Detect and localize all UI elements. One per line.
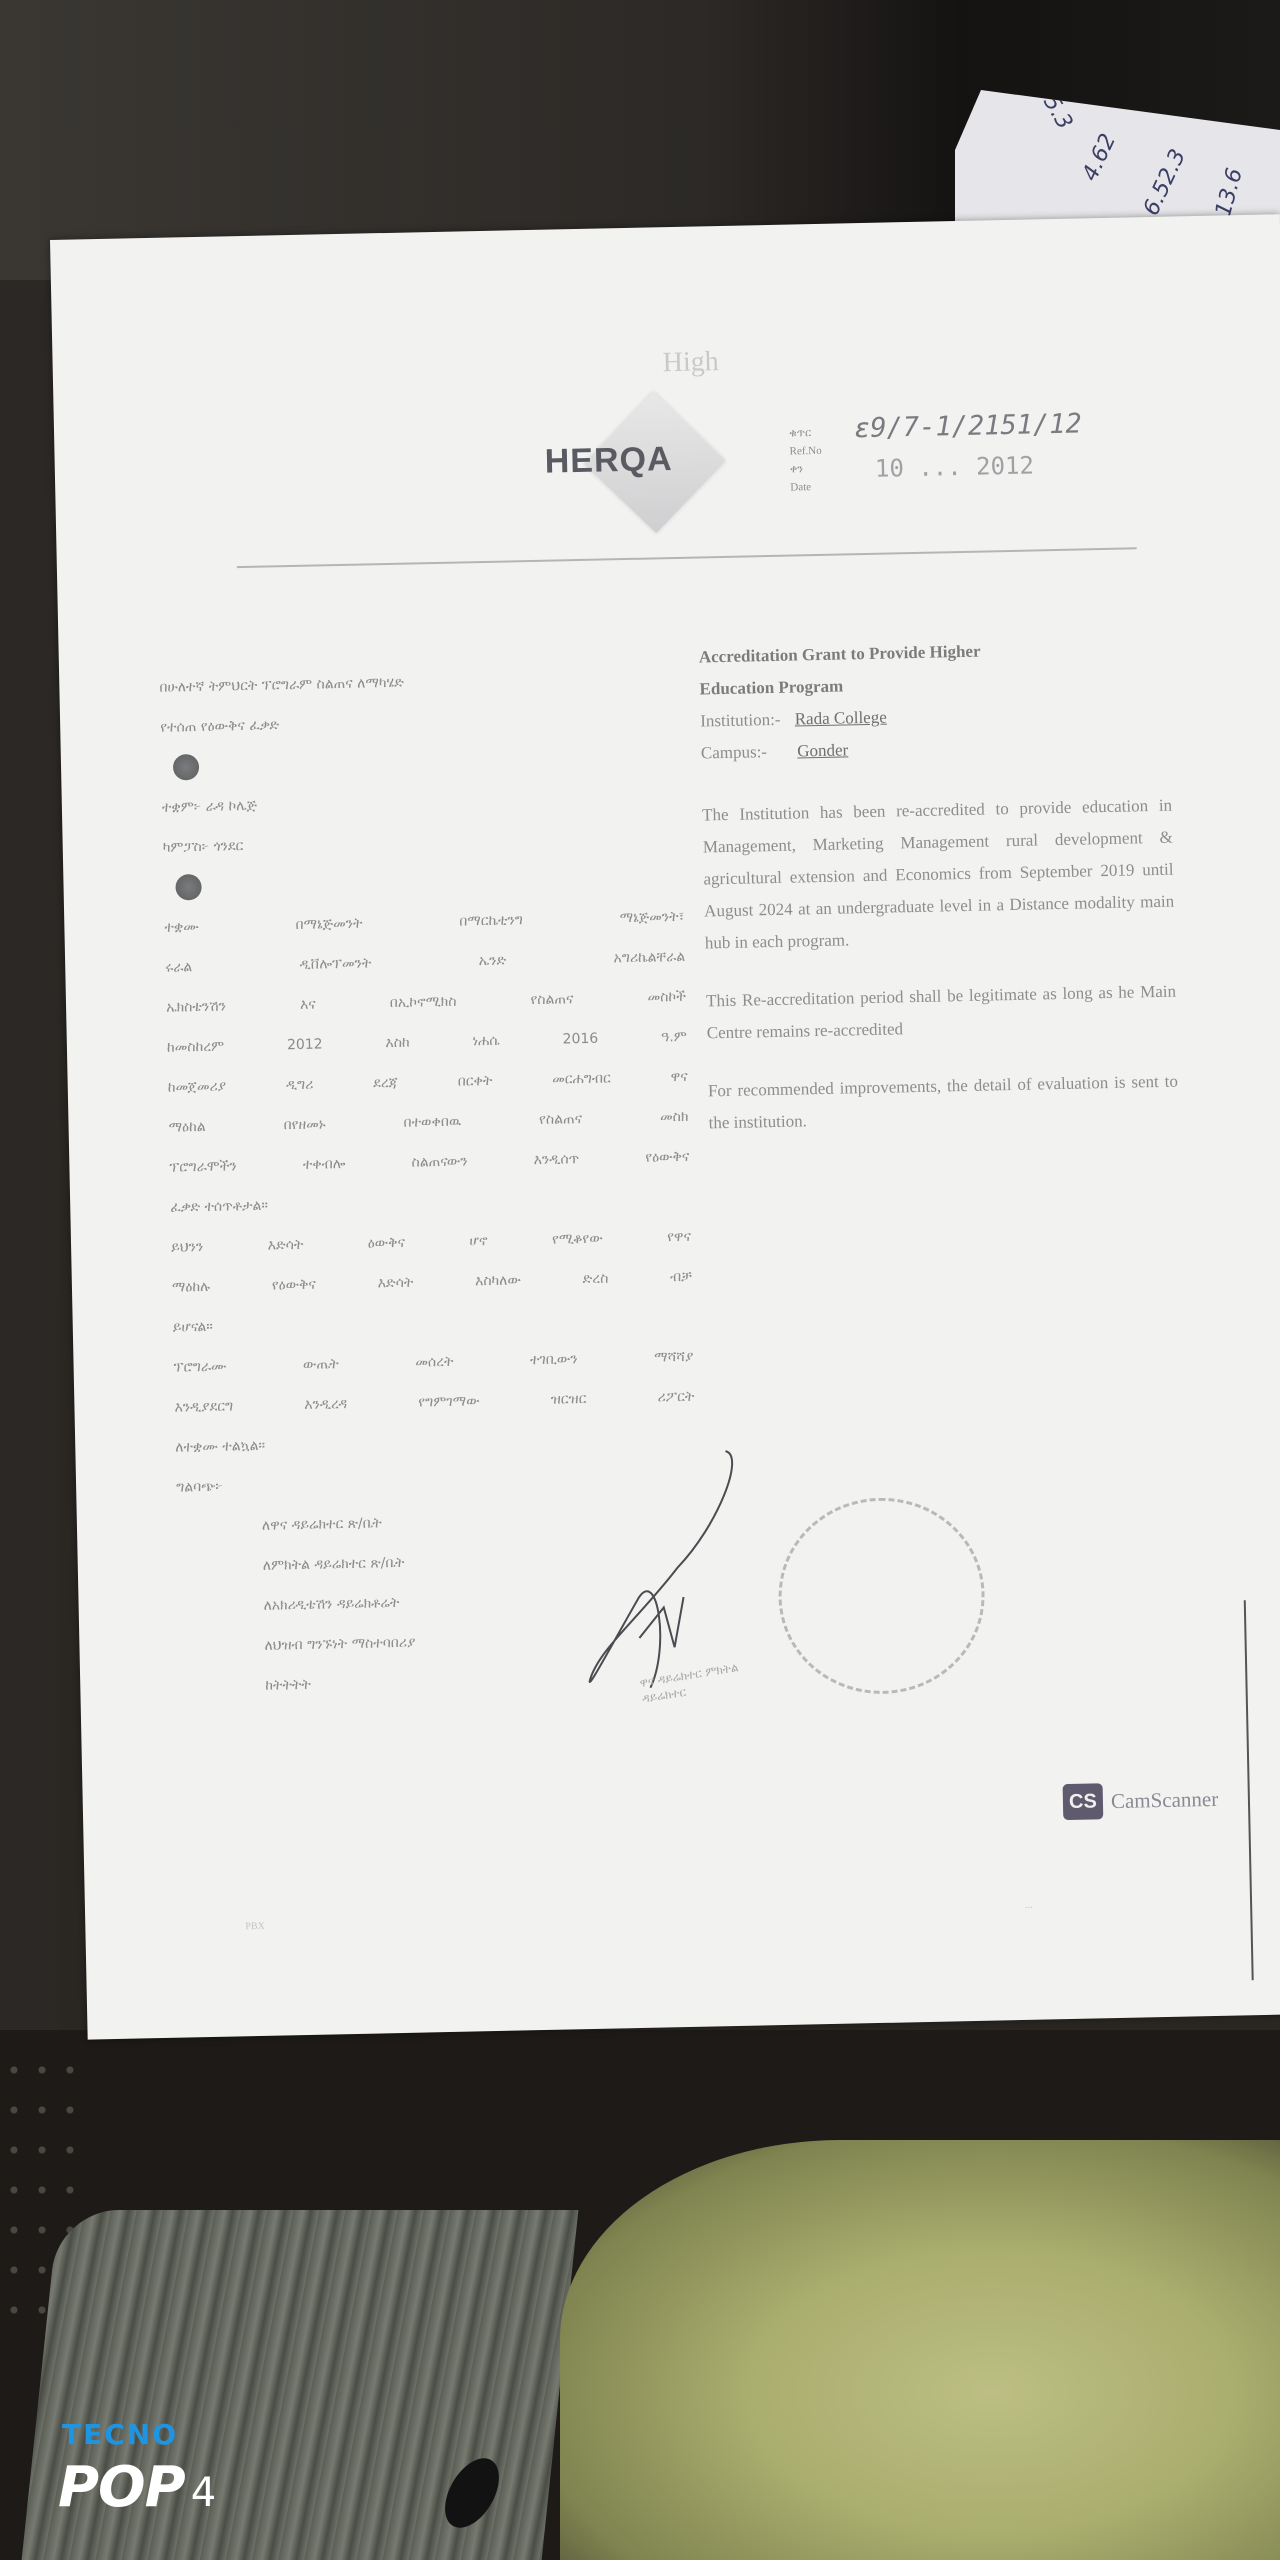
herqa-logo: HERQA — [544, 401, 727, 535]
punch-hole-icon — [173, 754, 200, 781]
letterhead-ghost-text: High — [662, 346, 719, 379]
footer-left-faint: PBX — [245, 1921, 265, 1932]
camscanner-logo-icon: CS — [1063, 1783, 1104, 1820]
reference-labels: ቁጥር Ref.No ቀን Date — [789, 424, 823, 497]
background-desk-left — [0, 280, 60, 2080]
ref-label: Ref.No — [789, 442, 821, 461]
scribble-3: 6.52.3 — [1139, 146, 1191, 220]
green-fabric — [560, 2140, 1280, 2560]
amharic-paragraph-1: ተቋሙ በማኔጅመንት በማርኬቲንግ ማኔጅመንት፣ ሩራል ዲቨሎፕመንት … — [164, 897, 691, 1228]
date-label: Date — [790, 478, 822, 497]
amharic-paragraph-2: ይህንን እድሳት ዕውቅና ሆኖ የሚቆየው የዋና ማዕከሉ የዕውቅና እ… — [171, 1217, 693, 1348]
camera-model-name: POP — [58, 2455, 185, 2520]
ref-label-amharic: ቁጥር — [789, 424, 821, 443]
scribble-2: 4.62 — [1078, 130, 1121, 185]
accreditation-letter: High HERQA ቁጥር Ref.No ቀን Date ε9/7-1/215… — [50, 214, 1280, 2039]
institution-label: Institution:- — [700, 710, 781, 731]
institution-value: Rada College — [785, 708, 887, 729]
punch-hole-icon — [175, 874, 202, 901]
official-stamp — [777, 1496, 987, 1696]
campus-label: Campus:- — [701, 742, 767, 762]
camscanner-watermark: CS CamScanner — [1063, 1781, 1219, 1820]
logo-text: HERQA — [544, 440, 673, 482]
reference-date: 10 ... 2012 — [875, 451, 1035, 482]
english-paragraph-1: The Institution has been re-accredited t… — [702, 790, 1175, 960]
page-edge-line — [1244, 1600, 1254, 1980]
reference-number: ε9/7-1/2151/12 — [854, 408, 1082, 444]
camera-model: POP4 — [58, 2455, 215, 2520]
english-paragraph-2: This Re-accreditation period shall be le… — [706, 976, 1177, 1050]
camera-model-number: 4 — [191, 2470, 215, 2516]
english-column: Accreditation Grant to Provide Higher Ed… — [699, 632, 1179, 1140]
camera-brand: TECNO — [62, 2418, 178, 2451]
english-paragraph-3: For recommended improvements, the detail… — [708, 1066, 1179, 1140]
campus-value: Gonder — [771, 740, 848, 761]
footer-right-faint: ... — [1025, 1900, 1033, 1911]
camscanner-name: CamScanner — [1111, 1786, 1219, 1813]
date-label-amharic: ቀን — [790, 460, 822, 479]
scribble-4: 13.6 — [1211, 166, 1248, 220]
header-divider — [237, 547, 1137, 568]
